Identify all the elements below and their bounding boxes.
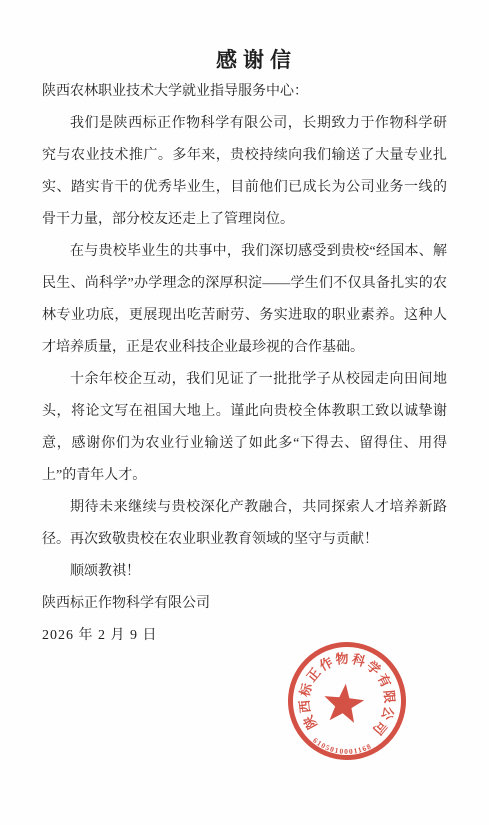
letter-title: 感谢信 (54, 44, 459, 76)
letter-paragraph-1: 我们是陕西标正作物科学有限公司，长期致力于作物科学研究与农业技术推广。多年来，贵… (42, 108, 447, 236)
seal-ring-text-holder: 陕西标正作物科学有限公司 (293, 645, 403, 740)
seal-ring (285, 639, 409, 763)
letter-paragraph-2: 在与贵校毕业生的共事中，我们深切感受到贵校“经国本、解民生、尚科学”办学理念的深… (42, 236, 447, 364)
seal-serial-number: 6105010001168 (310, 735, 374, 759)
seal-serial-holder: 6105010001168 (310, 735, 374, 759)
thank-you-letter-page: 感谢信 陕西农林职业技术大学就业指导服务中心： 我们是陕西标正作物科学有限公司，… (0, 0, 489, 825)
seal-ring-text: 陕西标正作物科学有限公司 (293, 645, 403, 740)
closing-salutation: 顺颂教祺！ (42, 556, 447, 588)
signature-date: 2026 年 2 月 9 日 (42, 620, 447, 652)
signature-company-name: 陕西标正作物科学有限公司 (42, 588, 447, 620)
letter-paragraph-3: 十余年校企互动，我们见证了一批批学子从校园走向田间地头，将论文写在祖国大地上。谨… (42, 364, 447, 492)
letter-paragraph-4: 期待未来继续与贵校深化产教融合，共同探索人才培养新路径。再次致敬贵校在农业职业教… (42, 492, 447, 556)
recipient-line: 陕西农林职业技术大学就业指导服务中心： (42, 76, 447, 108)
star-icon (322, 682, 366, 724)
company-seal-stamp: 陕西标正作物科学有限公司 6105010001168 (282, 636, 412, 766)
